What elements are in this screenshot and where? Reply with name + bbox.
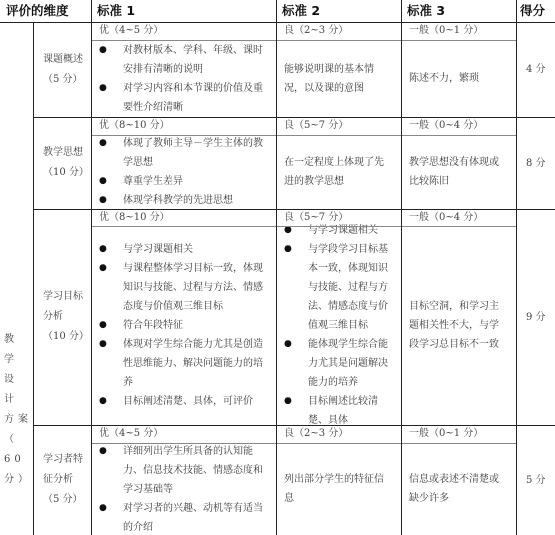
row-4-level-good: 良（2~3 分） [276,425,401,443]
criteria-item: 对学习者的兴趣、动机等有适当的介绍 [91,499,276,535]
category-line: 设 计 [4,370,33,410]
row-2-score: 8 分 [516,117,555,209]
row-2-criteria-1: 体现了教师主导－学生主体的教学思想 尊重学生差异 体现学科教学的先进思想 [91,135,276,209]
row-3-score: 9 分 [516,209,555,425]
row-2-criteria-3: 教学思想没有体现或比较陈旧 [401,135,516,209]
row-3-criteria-1: 与学习课题相关 与课程整体学习目标一致，体现知识与技能、过程与方法、情感态度与价… [91,226,276,425]
criteria-item: 尊重学生差异 [91,172,276,191]
row-1-level-excellent: 优（4~5 分） [91,22,276,40]
row-4-level-fair: 一般（0~1 分） [401,425,516,443]
row-1-level-good: 良（2~3 分） [276,22,401,40]
row-4-criteria-3: 信息或表述不清楚或缺少许多 [401,443,516,535]
evaluation-table: 评价的维度 标准 1 标准 2 标准 3 得分 教 学 设 计 方案 （ 60 … [0,0,555,535]
divider [401,0,402,535]
dimension-name-cont: 征分析 [43,470,87,490]
category-line: 方案 [4,410,33,430]
divider [0,22,555,23]
criteria-item: 对教材版本、学科、年级、课时安排有清晰的说明 [91,41,276,79]
row-2-dimension: 教学思想 （10 分） [33,117,91,209]
row-4-dimension: 学习者特 征分析 （5 分） [33,425,91,535]
divider [33,209,555,210]
row-1-score: 4 分 [516,22,555,117]
criteria-item: 与学习课题相关 [276,221,401,240]
dimension-points: （10 分） [43,327,87,347]
row-3-dimension: 学习目标 分析 （10 分） [33,209,91,425]
divider [33,425,555,426]
dimension-name: 课题概述 [43,50,87,70]
header-dimension: 评价的维度 [0,0,91,22]
row-1-criteria-2: 能够说明课的基本情况，以及课的意图 [276,40,401,117]
criteria-item: 详细列出学生所具备的认知能力、信息技术技能、情感态度和学习基础等 [91,442,276,499]
divider [33,117,555,118]
row-3-level-excellent: 优（8~10 分） [91,209,276,226]
divider [91,0,92,535]
dimension-points: （5 分） [43,70,87,90]
divider [516,0,517,535]
dimension-name: 教学思想 [43,143,87,163]
dimension-points: （10 分） [43,163,87,183]
criteria-item: 体现了教师主导－学生主体的教学思想 [91,134,276,172]
category-line: （ 60 [4,430,33,470]
dimension-name: 学习者特 [43,450,87,470]
divider [91,40,516,41]
row-2-level-excellent: 优（8~10 分） [91,117,276,135]
header-score: 得分 [516,0,555,22]
row-4-criteria-1: 详细列出学生所具备的认知能力、信息技术技能、情感态度和学习基础等 对学习者的兴趣… [91,443,276,535]
header-standard-3: 标准 3 [401,0,516,22]
row-2-level-good: 良（5~7 分） [276,117,401,135]
criteria-item: 能体现学生综合能力尤其是问题解决能力的培养 [276,335,401,392]
divider [33,22,34,535]
divider [276,0,277,535]
criteria-item: 符合年段特征 [91,316,276,335]
dimension-name-cont: 分析 [43,307,87,327]
row-2-criteria-2: 在一定程度上体现了先进的教学思想 [276,135,401,209]
category-line: 教 学 [4,330,33,370]
row-1-level-fair: 一般（0~1 分） [401,22,516,40]
category-line: 分） [4,470,33,490]
divider [91,135,516,136]
header-standard-2: 标准 2 [276,0,401,22]
criteria-item: 体现对学生综合能力尤其是创造性思维能力、解决问题能力的培养 [91,335,276,392]
row-1-criteria-1: 对教材版本、学科、年级、课时安排有清晰的说明 对学习内容和本节课的价值及重要性介… [91,40,276,117]
row-3-criteria-2: 与学习课题相关 与学段学习目标基本一致，体现知识与技能、过程与方法、情感态度与价… [276,226,401,425]
row-4-level-excellent: 优（4~5 分） [91,425,276,443]
criteria-item: 与学段学习目标基本一致，体现知识与技能、过程与方法、情感态度与价值观三维目标 [276,240,401,335]
dimension-points: （5 分） [43,490,87,510]
criteria-item: 目标阐述清楚、具体，可评价 [91,392,276,411]
divider [91,226,516,227]
criteria-item: 对学习内容和本节课的价值及重要性介绍清晰 [91,79,276,117]
row-2-level-fair: 一般（0~4 分） [401,117,516,135]
row-1-dimension: 课题概述 （5 分） [33,22,91,117]
row-1-criteria-3: 陈述不力，繁琐 [401,40,516,117]
criteria-item: 与学习课题相关 [91,240,276,259]
divider [91,443,516,444]
header-standard-1: 标准 1 [91,0,276,22]
criteria-item: 体现学科教学的先进思想 [91,191,276,210]
dimension-name: 学习目标 [43,287,87,307]
category-label: 教 学 设 计 方案 （ 60 分） [0,330,33,450]
row-3-level-fair: 一般（0~4 分） [401,209,516,226]
criteria-item: 与课程整体学习目标一致，体现知识与技能、过程与方法、情感态度与价值观三维目标 [91,259,276,316]
row-4-score: 5 分 [516,425,555,535]
row-3-criteria-3: 目标空洞，和学习主题相关性不大，与学段学习总目标不一致 [401,226,516,425]
row-4-criteria-2: 列出部分学生的特征信息 [276,443,401,535]
